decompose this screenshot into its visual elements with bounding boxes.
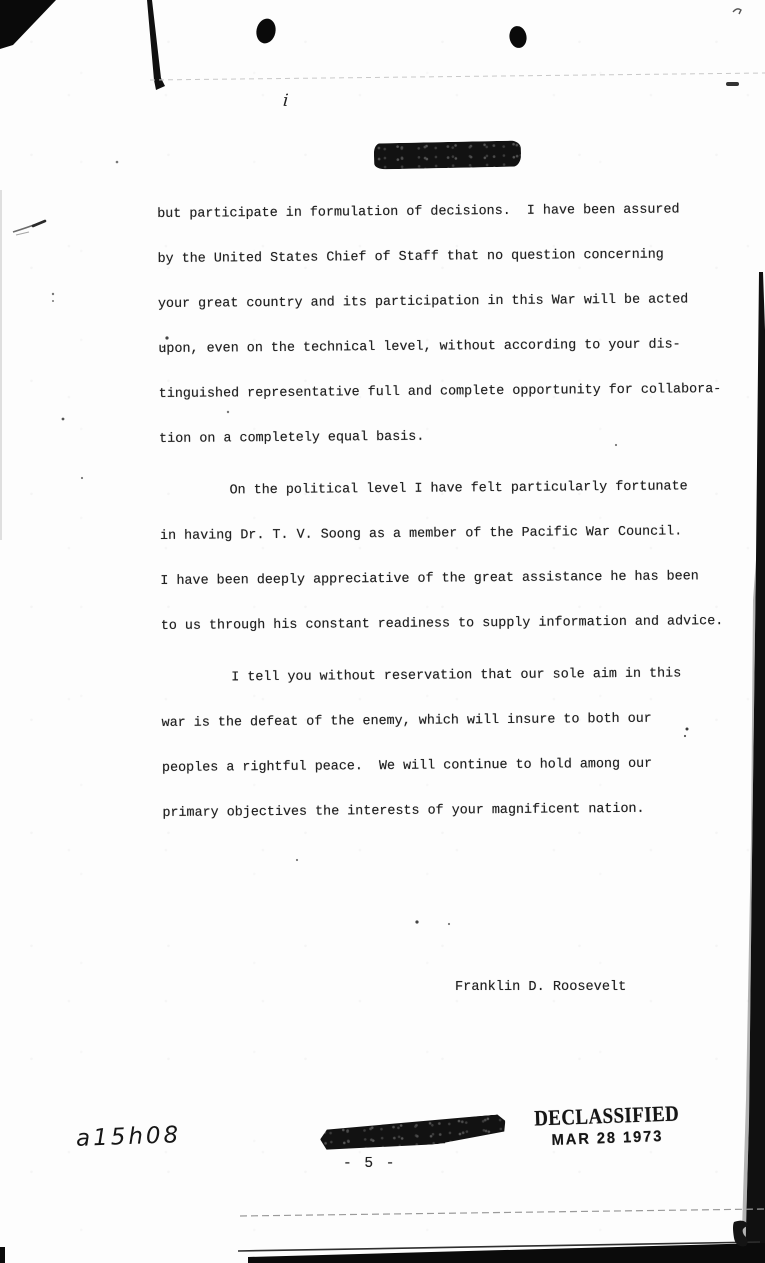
typed-line: I have been deeply appreciative of the g… xyxy=(160,554,760,604)
margin-squiggle-mark xyxy=(13,222,42,232)
handwritten-mark: i xyxy=(282,91,289,111)
margin-squiggle-tip xyxy=(33,221,45,226)
letter-body-text: but participate in formulation of decisi… xyxy=(157,187,763,836)
redaction-bar-top xyxy=(374,140,522,169)
typed-line: but participate in formulation of decisi… xyxy=(157,187,757,237)
typed-line: tinguished representative full and compl… xyxy=(159,367,759,417)
scan-edge-bottom xyxy=(248,1243,765,1263)
typed-line: in having Dr. T. V. Soong as a member of… xyxy=(160,509,760,559)
letter-paragraph: On the political level I have felt parti… xyxy=(159,464,761,649)
speck-mark xyxy=(733,9,741,14)
declassified-stamp-text: DECLASSIFIED xyxy=(533,1100,680,1131)
margin-squiggle-tail xyxy=(16,232,29,235)
typed-signature: Franklin D. Roosevelt xyxy=(455,980,626,995)
letter-paragraph: but participate in formulation of decisi… xyxy=(157,187,759,462)
speck-mark xyxy=(726,82,739,86)
typed-line: your great country and its participation… xyxy=(158,277,758,327)
typed-line: upon, even on the technical level, witho… xyxy=(158,322,758,372)
typed-line: to us through his constant readiness to … xyxy=(161,599,761,649)
page-number: - 5 - xyxy=(343,1156,397,1172)
ink-blob-mark xyxy=(733,1221,748,1247)
scan-edge-bottom-line xyxy=(238,1242,760,1251)
typed-line: I tell you without reservation that our … xyxy=(161,651,761,701)
letter-paragraph: I tell you without reservation that our … xyxy=(161,651,763,836)
declassified-stamp: DECLASSIFIED MAR 28 1973 xyxy=(521,1100,692,1151)
typed-line: peoples a rightful peace. We will contin… xyxy=(162,741,762,791)
hole-punch-mark xyxy=(254,17,278,45)
typed-line: primary objectives the interests of your… xyxy=(162,786,762,836)
typed-line: tion on a completely equal basis. xyxy=(159,412,759,462)
typed-line: war is the defeat of the enemy, which wi… xyxy=(161,696,761,746)
fold-crease-line xyxy=(150,73,765,80)
scan-edge-corner-bottom-left xyxy=(0,1247,5,1263)
pen-stroke-mark xyxy=(147,0,165,90)
hole-punch-mark xyxy=(508,25,529,50)
scanned-letter-page: but participate in formulation of decisi… xyxy=(0,0,765,1263)
fold-crease-line-bottom xyxy=(240,1209,765,1216)
page-corner-shadow xyxy=(0,0,56,49)
typed-line: On the political level I have felt parti… xyxy=(159,464,759,514)
typed-line: by the United States Chief of Staff that… xyxy=(157,232,757,282)
handwritten-archive-note: a15h08 xyxy=(76,1122,182,1152)
